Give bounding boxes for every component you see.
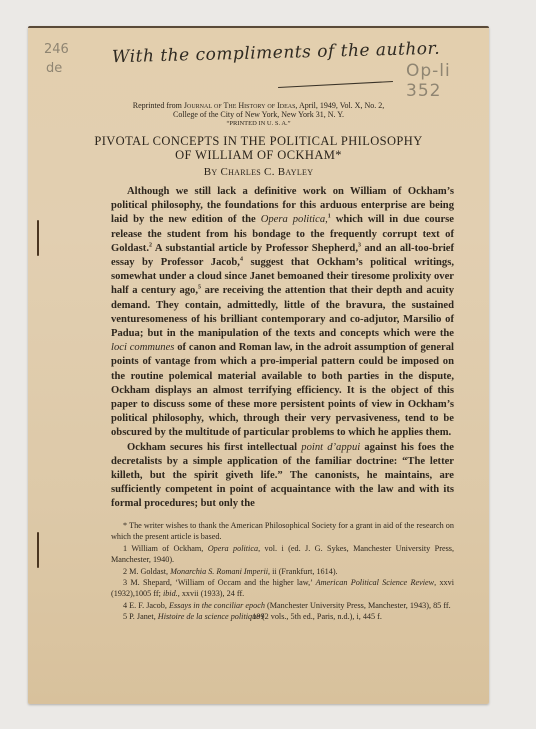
italic-point-dappui: point d’appui: [301, 442, 360, 453]
article-body: Although we still lack a definitive work…: [111, 185, 454, 512]
paragraph-1: Although we still lack a definitive work…: [111, 185, 454, 441]
footnote-3: 3 M. Shepard, ‘William of Occam and the …: [111, 577, 454, 600]
page-number: 199: [28, 612, 489, 621]
paragraph-2: Ockham secures his first intellectual po…: [111, 441, 454, 512]
author-inscription: With the compliments of the author.: [112, 39, 441, 68]
reprint-line-1: Reprinted from Journal of The History of…: [28, 101, 489, 110]
footnote-1: 1 William of Ockham, Opera politica, vol…: [111, 543, 454, 566]
pencil-number-annotation: 246: [44, 42, 69, 57]
footnote-2: 2 M. Goldast, Monarchia S. Romani Imperi…: [111, 566, 454, 577]
footnote-star: * The writer wishes to thank the America…: [111, 520, 454, 543]
offprint-page: 246 de With the compliments of the autho…: [28, 26, 489, 704]
footnotes: * The writer wishes to thank the America…: [111, 520, 454, 623]
reprint-line-3: “PRINTED IN U. S. A.”: [28, 119, 489, 128]
inscription-underline: [278, 81, 393, 88]
shelf-mark: Op-li 352: [406, 61, 489, 101]
title-line-1: PIVOTAL CONCEPTS IN THE POLITICAL PHILOS…: [28, 134, 489, 148]
italic-loci-communes: loci communes: [111, 342, 174, 353]
title-line-2: OF WILLIAM OF OCKHAM*: [28, 148, 489, 162]
staple-mark-upper: [37, 220, 39, 256]
reprint-notice: Reprinted from Journal of The History of…: [28, 101, 489, 128]
staple-mark-lower: [37, 532, 39, 568]
article-title: PIVOTAL CONCEPTS IN THE POLITICAL PHILOS…: [28, 134, 489, 162]
author-byline: By Charles C. Bayley: [28, 166, 489, 178]
footnote-4: 4 E. F. Jacob, Essays in the conciliar e…: [111, 600, 454, 611]
italic-opera-politica: Opera politica,: [261, 214, 328, 225]
scan-background: 246 de With the compliments of the autho…: [0, 0, 536, 729]
reprint-line-2: College of the City of New York, New Yor…: [28, 110, 489, 119]
journal-name: Journal of The History of Ideas: [184, 101, 296, 110]
pencil-code-annotation: de: [46, 61, 62, 76]
